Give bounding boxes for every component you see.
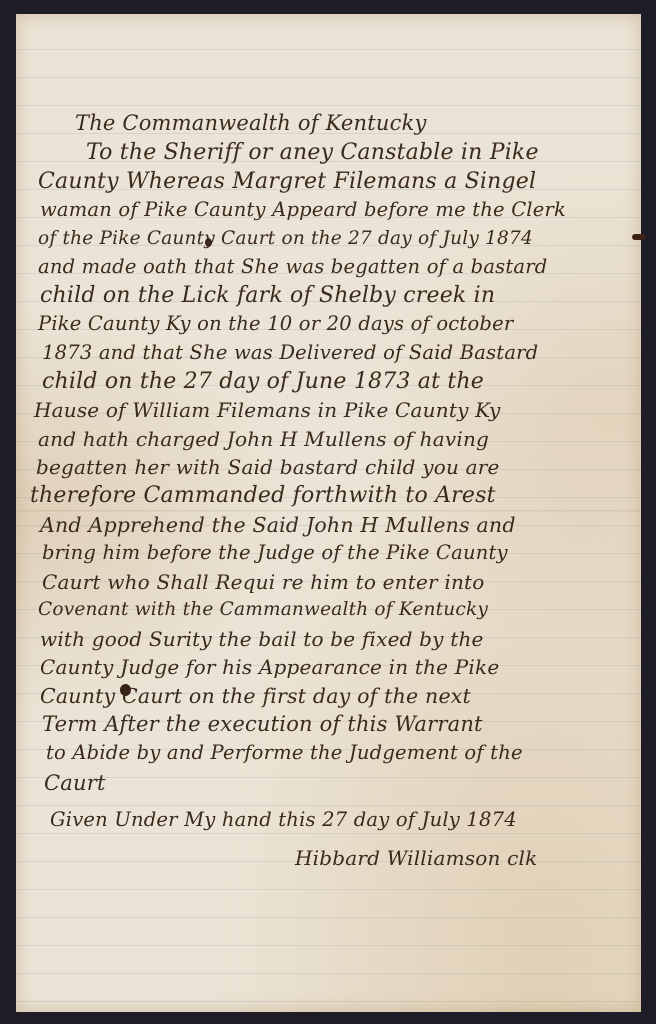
clerk-signature: Hibbard Williamson clk (295, 845, 537, 871)
text-line: Caunty Whereas Margret Filemans a Singel (38, 169, 536, 195)
text-line: 1873 and that She was Delivered of Said … (42, 340, 538, 366)
text-line: waman of Pike Caunty Appeard before me t… (40, 197, 566, 223)
text-line: Caurt (44, 770, 106, 796)
text-line: and hath charged John H Mullens of havin… (38, 426, 489, 452)
text-line: Covenant with the Cammanwealth of Kentuc… (38, 597, 488, 623)
text-line: therefore Cammanded forthwith to Arest (30, 483, 496, 509)
text-line: And Apprehend the Said John H Mullens an… (40, 512, 516, 538)
text-line: and made oath that She was begatten of a… (38, 254, 547, 280)
text-line: with good Surity the bail to be fixed by… (40, 626, 484, 652)
heading-line: The Commanwealth of Kentucky (75, 110, 427, 136)
text-line: Term After the execution of this Warrant (42, 711, 483, 737)
ink-blot (632, 234, 646, 240)
text-line: To the Sheriff or aney Canstable in Pike (86, 140, 539, 166)
text-line: begatten her with Said bastard child you… (36, 454, 500, 480)
text-line: Caunty Caurt on the first day of the nex… (40, 683, 471, 709)
text-line: Caurt who Shall Requi re him to enter in… (42, 569, 485, 595)
text-line: Caunty Judge for his Appearance in the P… (40, 654, 499, 680)
dated-line: Given Under My hand this 27 day of July … (50, 807, 517, 833)
text-line: child on the 27 day of June 1873 at the (42, 369, 484, 395)
text-line: Hause of William Filemans in Pike Caunty… (34, 397, 500, 423)
text-line: of the Pike Caunty Caurt on the 27 day o… (38, 226, 533, 252)
text-line: child on the Lick fark of Shelby creek i… (40, 283, 495, 309)
text-line: to Abide by and Performe the Judgement o… (46, 740, 523, 766)
text-line: bring him before the Judge of the Pike C… (42, 540, 508, 566)
text-line: Pike Caunty Ky on the 10 or 20 days of o… (38, 311, 513, 337)
